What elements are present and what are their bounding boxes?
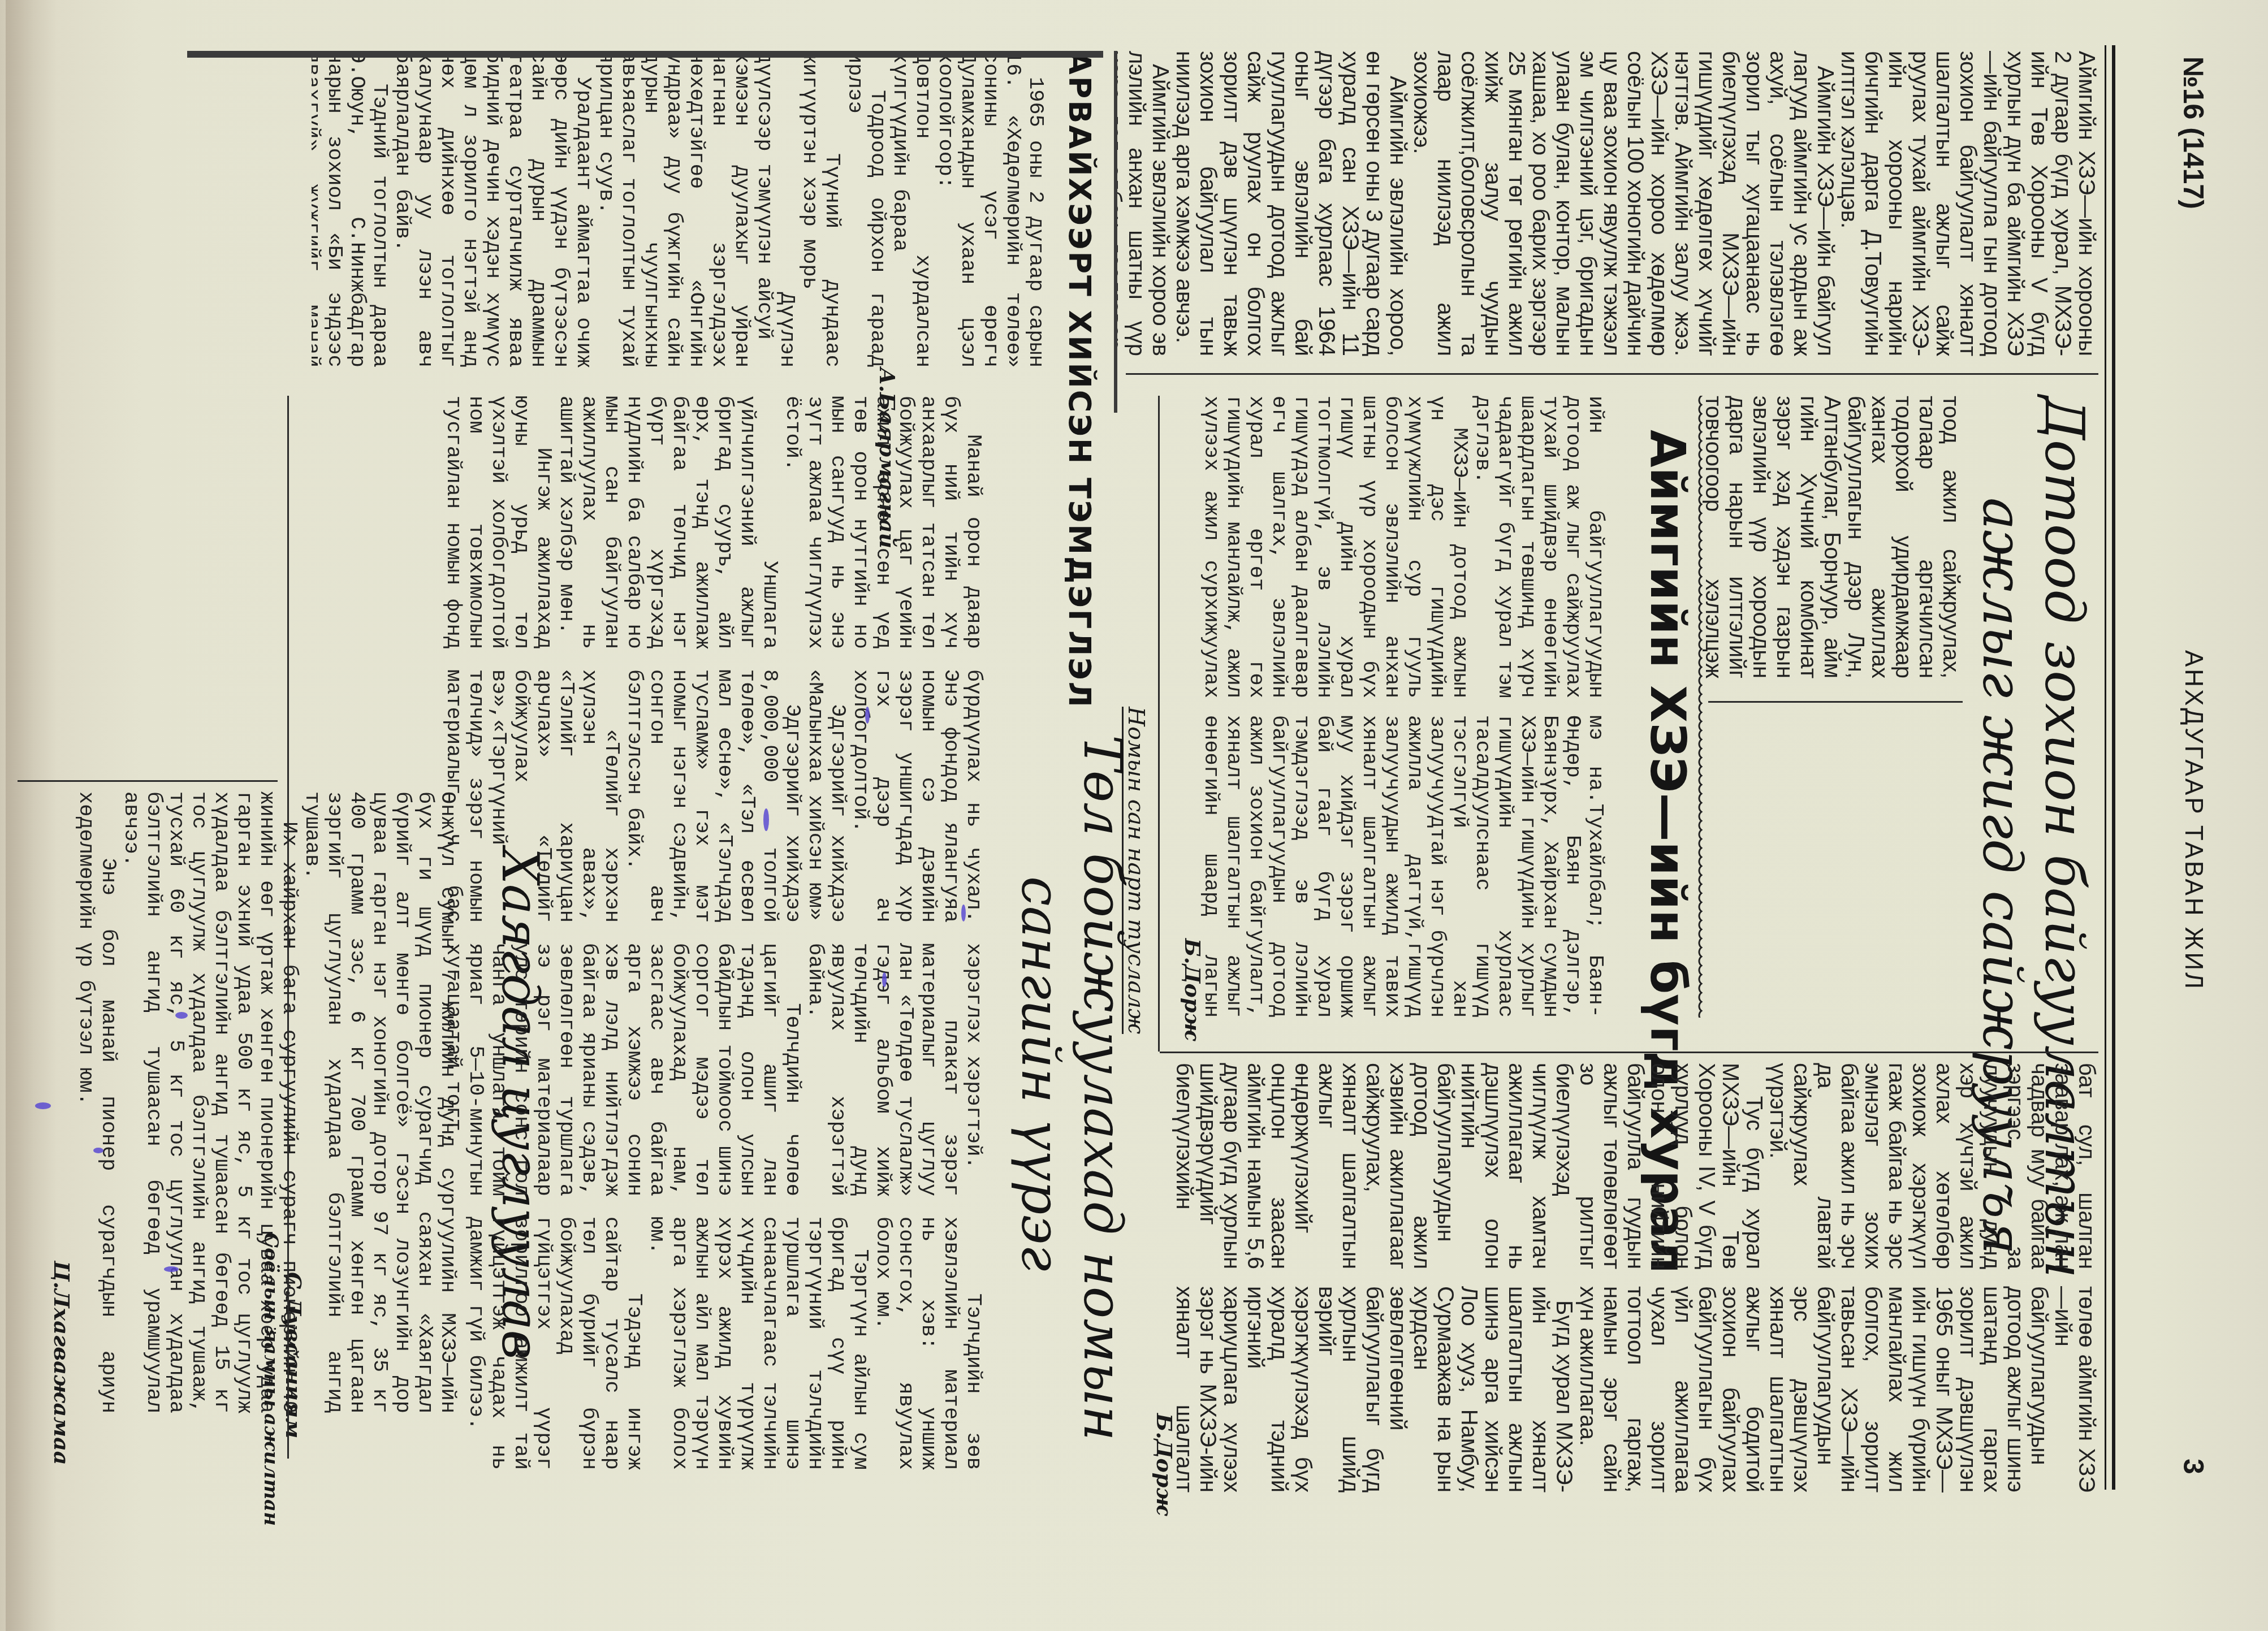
section-divider — [1114, 51, 1117, 413]
dotood-text: тоод ажил сайжруулах, талаар аргачилсан … — [1703, 396, 1963, 678]
issue-number: №16 (1417) — [2181, 57, 2206, 209]
ink-mark — [164, 1266, 179, 1272]
section-divider — [287, 396, 289, 1459]
nomyn-san-byline: С.Лувсанням — [281, 1272, 306, 1438]
page-number: 3 — [2181, 1459, 2206, 1474]
ink-mark — [961, 905, 966, 922]
khayagdal-byline: Ц.Лхагважамаа — [49, 1261, 74, 1465]
running-head: АНХДУГААР ТАВАН ЖИЛ — [2181, 650, 2206, 991]
lead-intro-text: Аймгийн ХЗЭ—ийн хорооны 2 дугаар бүгд ху… — [1114, 51, 2098, 356]
ink-mark — [93, 1148, 103, 1153]
column-rule — [1126, 373, 2098, 375]
column-rule — [1708, 701, 1963, 703]
masthead-rule — [2105, 45, 2115, 1490]
heavy-column-rule — [187, 51, 1103, 58]
right-column-text: бат сул, шалган заавар лах, аж лан чадва… — [1160, 1063, 2098, 1492]
arvaikheer-text: 1965 оны 2 дугаар сарын 16. «Хөдөлмөрийн… — [312, 51, 1047, 367]
ink-mark — [763, 808, 769, 831]
ink-mark — [35, 1102, 51, 1109]
aimgiin-khural-byline: Б.Дорж — [1180, 938, 1205, 1041]
nomyn-san-byline-role: Соёлын яамны ажилтан — [258, 1232, 283, 1526]
khayagdal-rule — [18, 780, 278, 782]
ink-mark — [865, 707, 870, 724]
section-divider — [1158, 396, 1160, 1052]
right-column-byline: Б.Дорж — [1152, 1413, 1177, 1516]
ink-mark — [175, 1012, 188, 1019]
newspaper-scan: №16 (1417) АНХДУГААР ТАВАН ЖИЛ 3 Аймгийн… — [0, 0, 2268, 1631]
nomyn-san-headline-1: Төл бойжуулахад номын — [1090, 735, 1114, 1441]
nomyn-san-text: Манай орон даяар бүх ний тийн хүч анхаар… — [306, 396, 984, 1470]
nomyn-san-headline-2: сангийн үүрэг — [1027, 876, 1052, 1271]
ink-mark — [882, 972, 887, 987]
aimgiin-khural-text: ийн байгууллагуудын дотоод аж лыг сайжру… — [1188, 396, 1606, 1018]
column-rule — [1160, 1052, 2098, 1053]
newspaper-page: №16 (1417) АНХДУГААР ТАВАН ЖИЛ 3 Аймгийн… — [0, 0, 2268, 1631]
